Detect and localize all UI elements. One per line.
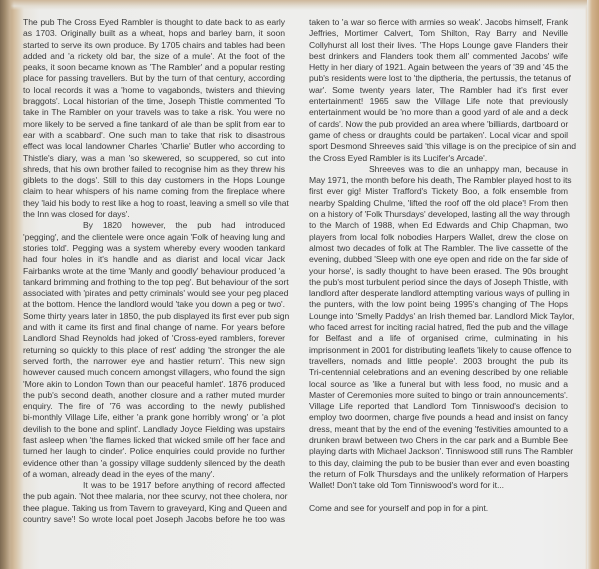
text-line: taken to 'a war so fierce with armies so…	[309, 17, 568, 28]
text-line: place for passing travellers. But by the…	[23, 73, 285, 84]
text-line: the punters, with the low point being 19…	[309, 299, 568, 310]
text-line: associated with 'pirates and petty crimi…	[23, 288, 285, 299]
text-line: to the March of 1988, when Ed Edwards an…	[309, 220, 568, 231]
text-line: Thistle's diary, was a man 'so skewered,…	[23, 153, 285, 164]
text-line: peaks, it soon became known as 'The Ramb…	[23, 62, 285, 73]
table-surface-edge	[587, 0, 599, 569]
text-line: returning so quickly to this place of re…	[23, 345, 285, 356]
text-line: the return of Folk Thursdays and the unl…	[309, 469, 568, 480]
text-line: local source as 'like a funeral but with…	[309, 379, 568, 390]
text-line: had four holes in it's handle and as dia…	[23, 254, 285, 265]
text-line: braggots'. Local historian of the time, …	[23, 96, 285, 107]
text-line: Hetty in her diary of 1921. Again betwee…	[309, 62, 568, 73]
text-line: employ two doormen, charge five pounds a…	[309, 412, 568, 423]
page-top-shadow	[0, 0, 599, 10]
text-line: they 'laid his body to rest like a hog t…	[23, 198, 285, 209]
text-line: as 1703. Originally built as a wheat, ho…	[23, 28, 285, 39]
text-line: Tri-centennial celebrations and an eveni…	[309, 367, 568, 378]
text-line: devilish to the bone and splint'. Landla…	[23, 424, 285, 435]
text-line: Village Life reported that Landlord Tom …	[309, 401, 568, 412]
text-line: effect was local landowner Charles 'Char…	[23, 141, 285, 152]
text-line: nearby Spalding Chulme, 'lifted the roof…	[309, 198, 568, 209]
paragraph-gap	[309, 491, 568, 502]
text-line: Shreeves was to die an unhappy man, beca…	[309, 164, 568, 175]
text-line: first ever gig! Mister Trafford's Ticket…	[309, 186, 568, 197]
text-line: started to serve its own produce. By 170…	[23, 40, 285, 51]
text-line: turned her laugh to cinder'. Police enqu…	[23, 446, 285, 457]
text-line: to local records it was a 'home to vagab…	[23, 85, 285, 96]
text-line: Jeffries, Mortimer Calvert, Tom Shilton,…	[309, 28, 568, 39]
text-line: take in The Rambler on your travels was …	[23, 107, 285, 118]
text-line: game of chess or draughts could be parta…	[309, 130, 568, 141]
text-line: the pub's most turbulent period since th…	[309, 277, 568, 288]
text-line: who faced arrest for inciting racial hat…	[309, 322, 568, 333]
text-line: fast asleep when 'the flames licked that…	[23, 435, 285, 446]
text-line: Come and see for yourself and pop in for…	[309, 503, 568, 514]
text-line: players from local folk nobodies Harpers…	[309, 232, 568, 243]
text-line: your horse', is sadly thought to have be…	[309, 266, 568, 277]
text-line: thee plague. Taking us from Tavern to gr…	[23, 503, 285, 514]
left-text-column: The pub The Cross Eyed Rambler is though…	[23, 17, 285, 525]
book-spine-edge	[0, 0, 14, 569]
text-line: the pub's second death, another closure …	[23, 390, 285, 401]
text-line: almost two decades of folk at The Ramble…	[309, 243, 568, 254]
text-line: and with it came its first and final cha…	[23, 322, 285, 333]
text-line: By 1820 however, the pub had introduced	[23, 220, 285, 231]
text-line: drunken brawl between two Chers in the c…	[309, 435, 568, 446]
text-line: shreds, that his own brother failed to r…	[23, 164, 285, 175]
text-line: more likely to be served a fine tankard …	[23, 119, 285, 130]
text-line: pub's residents were lost to 'the dipthe…	[309, 73, 568, 84]
text-line: 'pegging', and the clientele were once a…	[23, 232, 285, 243]
text-line: evening, dubbed 'Sleep with one eye open…	[309, 254, 568, 265]
text-line: tankard brimming and frothing to the top…	[23, 277, 285, 288]
text-line: giblets to the dogs'. Still to this day …	[23, 175, 285, 186]
text-line: 'More akin to London Town than our peace…	[23, 379, 285, 390]
text-line: war'. Some twenty years later, The Rambl…	[309, 85, 568, 96]
text-line: ear with a scabbard'. One such man to ta…	[23, 130, 285, 141]
text-line: bi-monthly Village Life, either 'a prank…	[23, 412, 285, 423]
text-line: at the bottom. Hence the landlord would …	[23, 299, 285, 310]
text-line: however caused much concern amongst vill…	[23, 367, 285, 378]
text-line: country save'! So wrote local poet Josep…	[23, 514, 285, 525]
text-line: entertainment! 1965 saw the Village Life…	[309, 96, 568, 107]
right-text-column: taken to 'a war so fierce with armies so…	[309, 17, 568, 514]
text-line: Fairbanks wrote at the time 'Manly and g…	[23, 266, 285, 277]
text-line: sport Desmond Shreeves said 'this villag…	[309, 141, 568, 152]
text-line: It was to be 1917 before anything of rec…	[23, 480, 285, 491]
text-line: Master of Ceremonies more suited to bing…	[309, 390, 568, 401]
text-line: travellers, nomads and little people'. 2…	[309, 356, 568, 367]
text-line: dress, meant that by the end of the even…	[309, 424, 568, 435]
text-line: Lounge into 'Smelly Paddys' an Irish the…	[309, 311, 568, 322]
text-line: evidence other than 'a gossipy village s…	[23, 458, 285, 469]
text-line: landlord after desperate landlord attemp…	[309, 288, 568, 299]
text-line: served forth, the narrower eye and hasti…	[23, 356, 285, 367]
text-line: the Cross Eyed Rambler is its Lucifer's …	[309, 153, 568, 164]
text-line: on a history of 'Folk Thursdays' develop…	[309, 209, 568, 220]
text-line: Collyhurst all lost their lives. 'The Ho…	[309, 40, 568, 51]
text-line: claim to hear whispers of his name comin…	[23, 186, 285, 197]
text-line: Landlord Shad Reynolds had joked of 'Cro…	[23, 333, 285, 344]
text-line: best drinkers and Flanders took them all…	[309, 51, 568, 62]
text-line: the Inn was closed for days'.	[23, 209, 285, 220]
text-line: of cards'. Now the pub provided an area …	[309, 119, 568, 130]
text-line: May 1971, the month before his death, Th…	[309, 175, 568, 186]
text-line: added and 'a rickety old bar, the size o…	[23, 51, 285, 62]
text-line: imprisonment in 2001 for distributing le…	[309, 345, 568, 356]
text-line: the pub again. 'Not thee malaria, nor th…	[23, 491, 285, 502]
text-line: entertainment would be 'no more than a g…	[309, 107, 568, 118]
text-line: playing darts with Michael Jackson'. Tin…	[309, 446, 568, 457]
text-line: of a woman, already dead in the eyes of …	[23, 469, 285, 480]
text-line: stories told'. Pegging was a system wher…	[23, 243, 285, 254]
text-line: for Belfast and a life of organised crim…	[309, 333, 568, 344]
text-line: Some thirty years later in 1850, the pub…	[23, 311, 285, 322]
text-line: The pub The Cross Eyed Rambler is though…	[23, 17, 285, 28]
text-line: to this day, claiming the pub to be busi…	[309, 458, 568, 469]
text-line: Wallet! Don't take old Tom Tinniswood's …	[309, 480, 568, 491]
text-line: enquiry. The fire of '76 was according t…	[23, 401, 285, 412]
